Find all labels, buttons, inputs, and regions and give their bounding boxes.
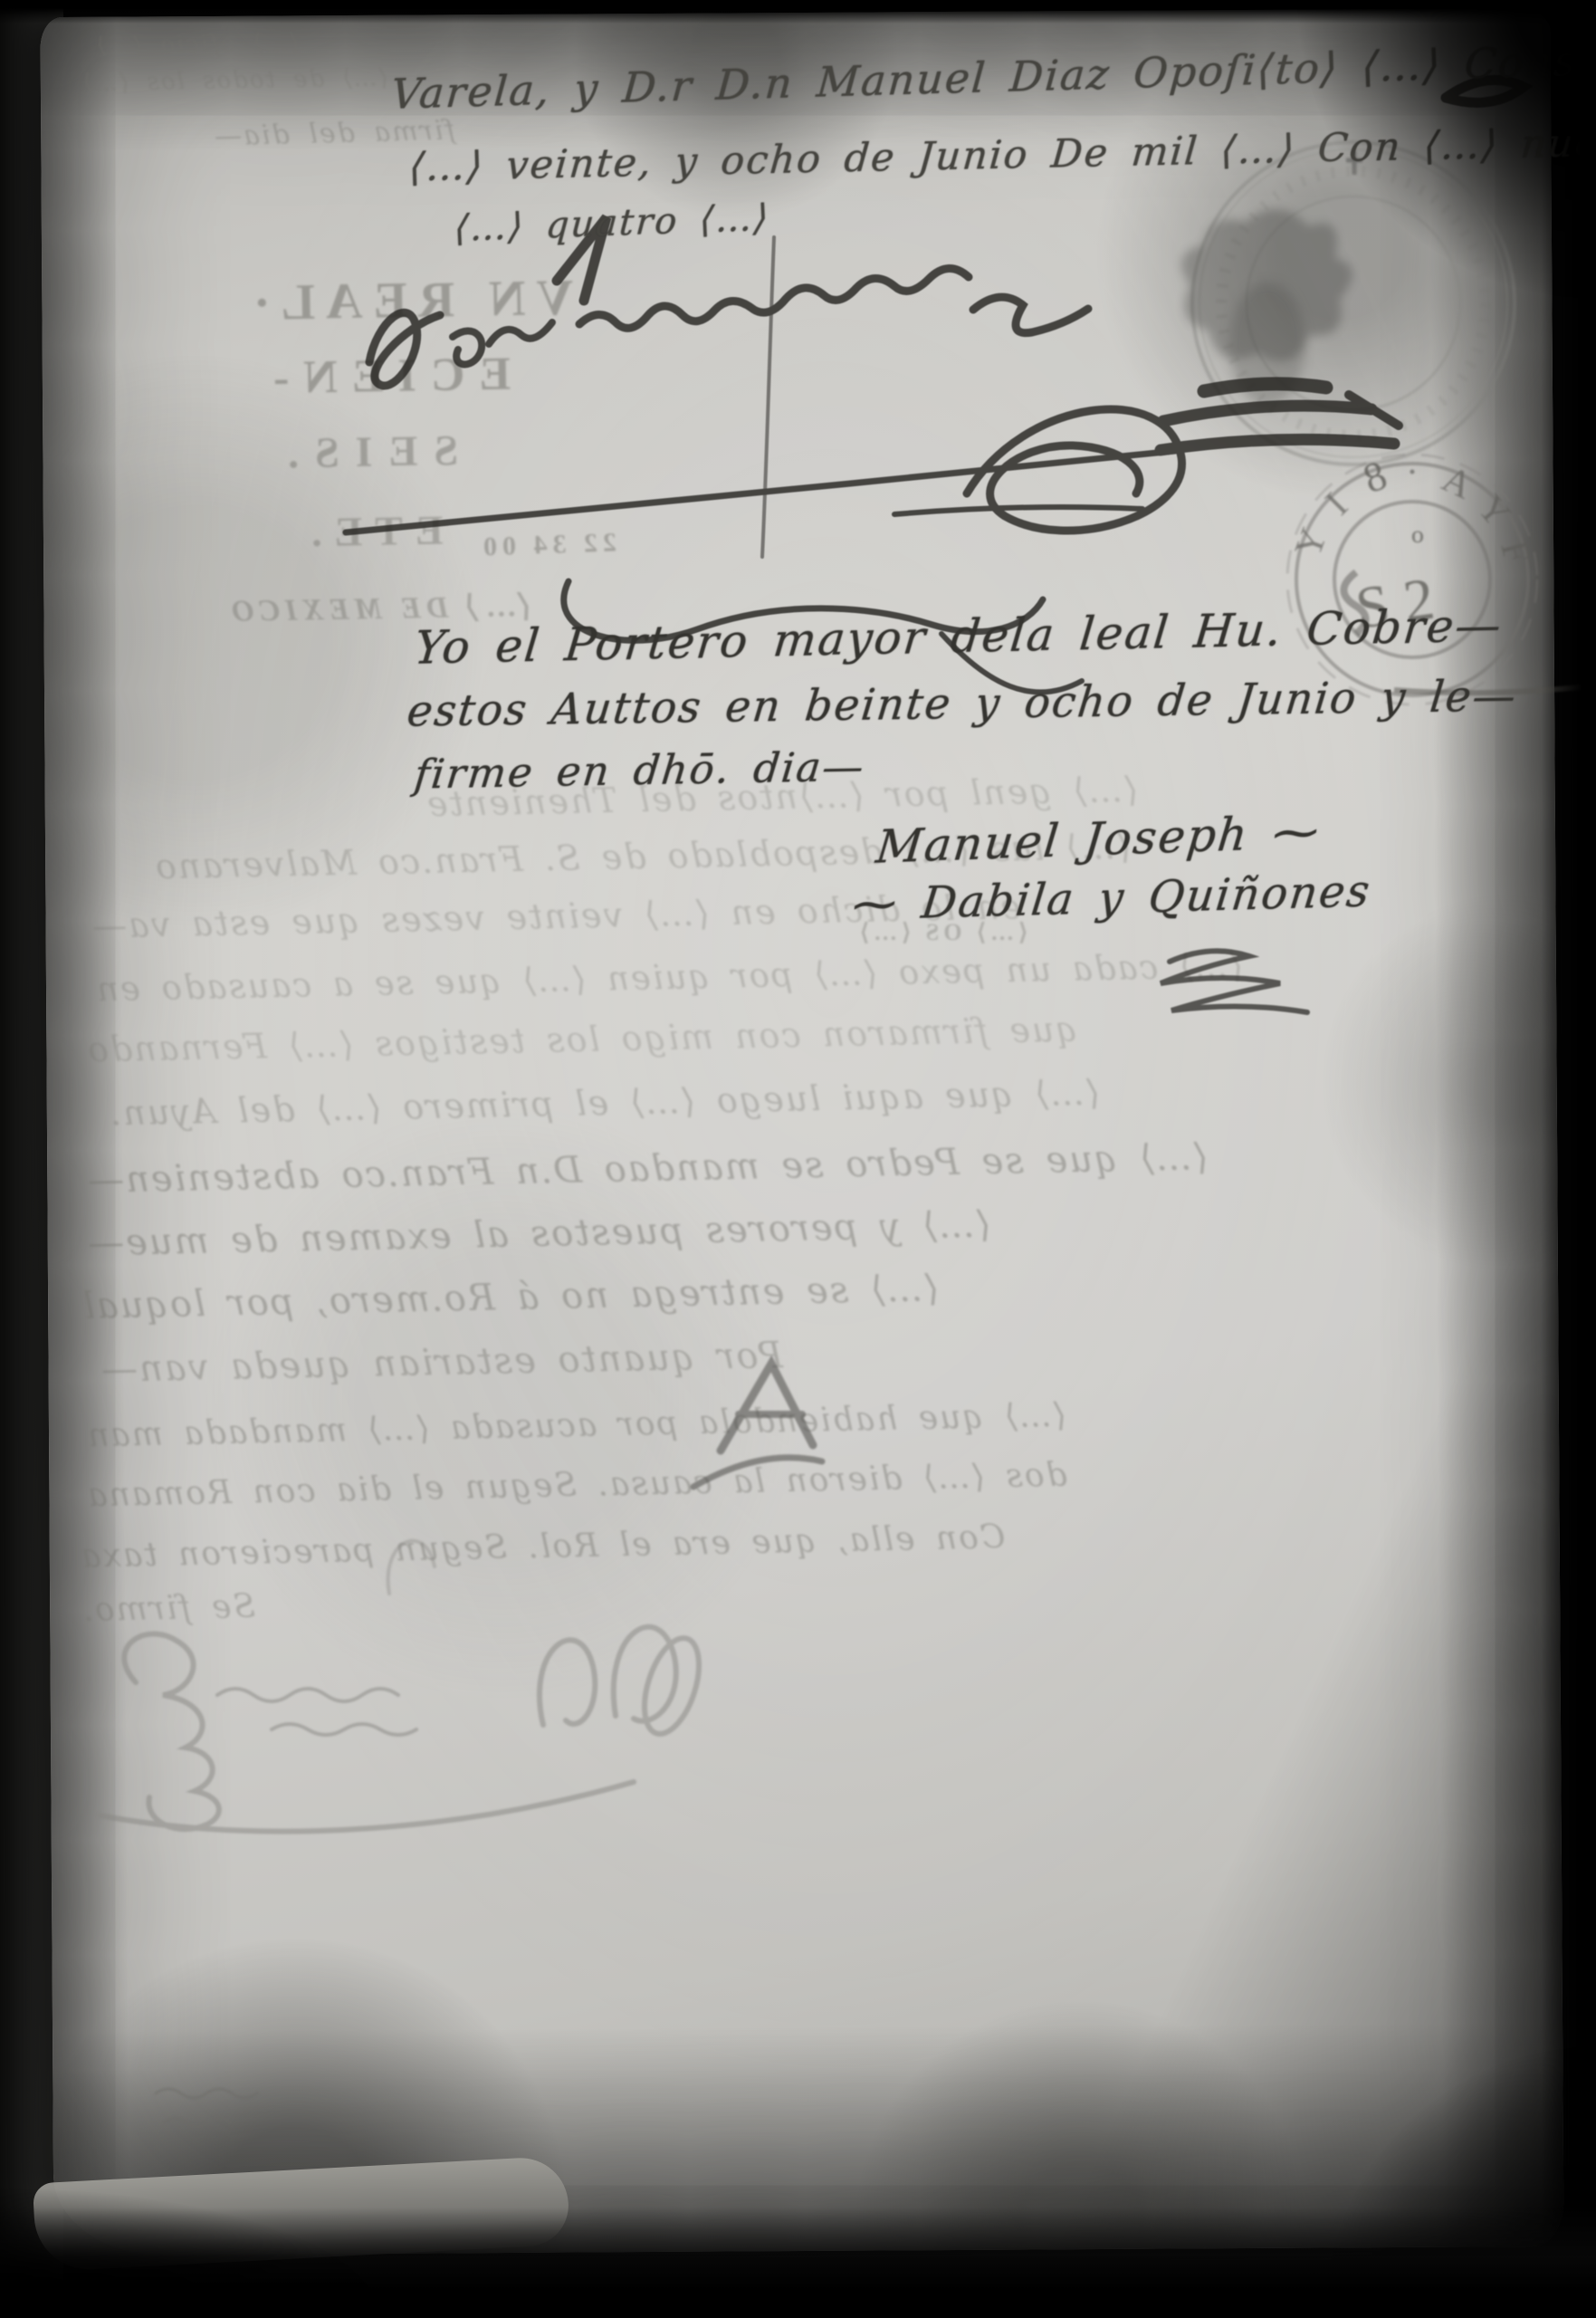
bleedthrough-print-line: SEIS. xyxy=(272,426,459,479)
handwriting-body-line: firme en dhō. dia— xyxy=(412,742,867,799)
bleedthrough-corner-line: ⟨…⟩ de todos los ⟨…⟩ xyxy=(81,64,388,97)
bleedthrough-corner-line: ⟨…⟩ oficio ⟨…⟩ xyxy=(95,29,300,60)
photograph-of-manuscript: VN REAL· ECIEN- SEIS. ETE. ⟨…⟩ DE MEXICO… xyxy=(0,0,1596,2318)
bleedthrough-script-line: Se firmo. xyxy=(81,1588,256,1629)
photo-corner-shadow-top-right xyxy=(1180,0,1596,380)
photo-corner-shadow-bottom-left xyxy=(0,2083,688,2318)
bleedthrough-print-line: VN REAL· xyxy=(242,269,573,332)
bleedthrough-print-line: ECIEN- xyxy=(259,348,511,406)
bleedthrough-numerals: 22 34 00 xyxy=(477,527,616,562)
bleedthrough-print-line: ETE. xyxy=(299,506,444,557)
